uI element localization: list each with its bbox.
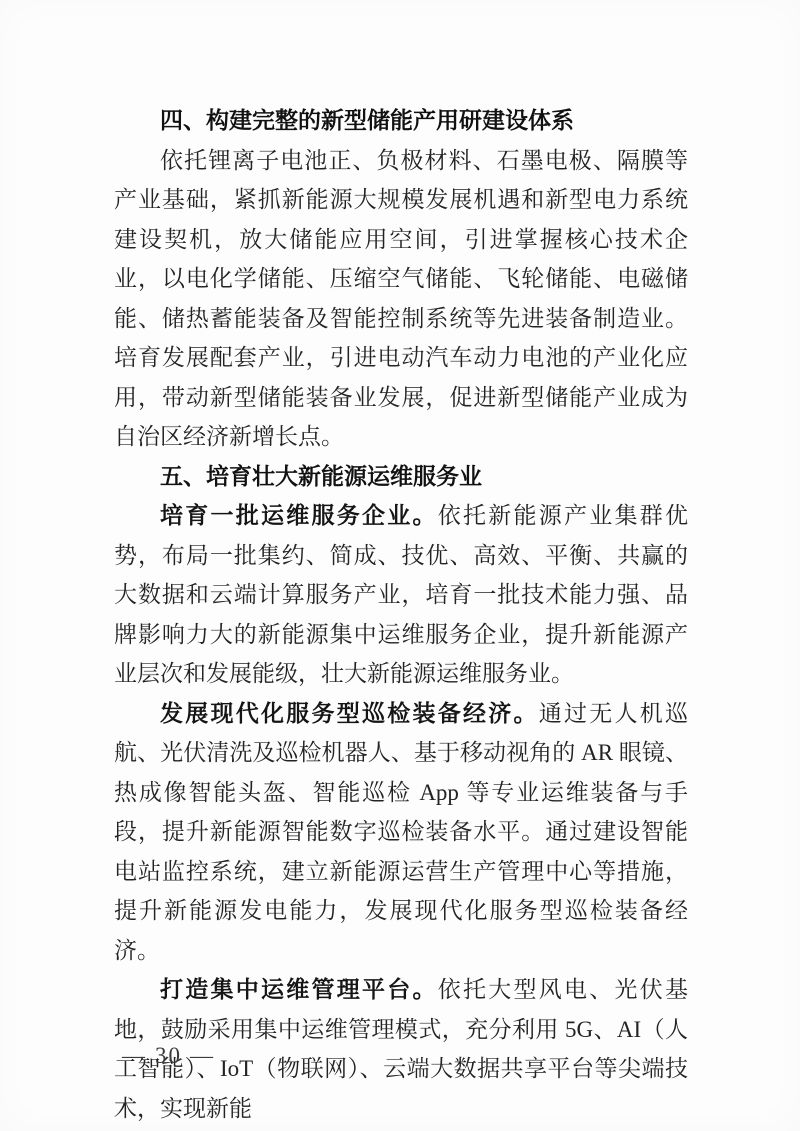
- footer-dash-right: —: [190, 1043, 215, 1068]
- paragraph-text: 通过无人机巡航、光伏清洗及巡检机器人、基于移动视角的 AR 眼镜、热成像智能头盔…: [114, 701, 688, 963]
- document-page: 四、构建完整的新型储能产用研建设体系依托锂离子电池正、负极材料、石墨电极、隔膜等…: [0, 0, 800, 1131]
- paragraph-lead: 打造集中运维管理平台。: [160, 976, 438, 1002]
- section-heading: 四、构建完整的新型储能产用研建设体系: [114, 101, 688, 141]
- section-heading: 五、培育壮大新能源运维服务业: [114, 457, 688, 497]
- paragraph-lead: 发展现代化服务型巡检装备经济。: [160, 700, 539, 726]
- paragraph-text: 依托锂离子电池正、负极材料、石墨电极、隔膜等产业基础，紧抓新能源大规模发展机遇和…: [114, 148, 688, 450]
- paragraph-lead: 培育一批运维服务企业。: [160, 502, 438, 528]
- document-body: 四、构建完整的新型储能产用研建设体系依托锂离子电池正、负极材料、石墨电极、隔膜等…: [114, 101, 688, 1128]
- paragraph-text: 依托新能源产业集群优势，布局一批集约、简成、技优、高效、平衡、共赢的大数据和云端…: [114, 503, 688, 686]
- paragraph: 依托锂离子电池正、负极材料、石墨电极、隔膜等产业基础，紧抓新能源大规模发展机遇和…: [114, 141, 688, 457]
- paragraph: 培育一批运维服务企业。依托新能源产业集群优势，布局一批集约、简成、技优、高效、平…: [114, 496, 688, 694]
- page-footer: —30—: [122, 1042, 215, 1070]
- page-number: 30: [147, 1043, 190, 1068]
- paragraph: 发展现代化服务型巡检装备经济。通过无人机巡航、光伏清洗及巡检机器人、基于移动视角…: [114, 694, 688, 971]
- footer-dash-left: —: [122, 1043, 147, 1068]
